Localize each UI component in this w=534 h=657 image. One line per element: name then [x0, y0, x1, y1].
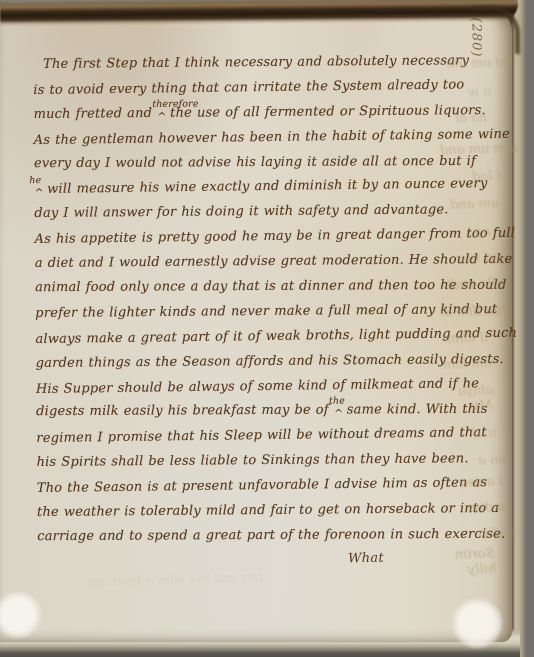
manuscript-line: the weather is tolerably mild and fair t… — [37, 497, 515, 526]
bleedthrough-fragment: hilly — [468, 562, 497, 578]
bleedthrough-fragment: ap. — [470, 225, 491, 241]
bleedthrough-fragment: Sorim — [455, 546, 495, 562]
bleedthrough-fragment: i amso — [460, 474, 503, 490]
bleedthrough-fragment: a dim — [468, 499, 505, 515]
caret-mark: ^ — [334, 409, 343, 419]
manuscript-line: carriage and to spend a great part of th… — [37, 523, 515, 550]
bleedthrough-fragment: am lom — [443, 356, 492, 373]
manuscript-line: a diet and I would earnestly advise grea… — [35, 248, 513, 277]
caret-mark: ^ — [158, 111, 167, 121]
bleedthrough-fragment: alla mult — [446, 276, 505, 293]
bleedthrough-fragment: na al — [455, 110, 488, 126]
bleedthrough-fragment: n w — [468, 85, 492, 101]
bleedthrough-fragment: uim um and — [440, 141, 519, 159]
bleedthrough-fragment: ad ma — [460, 250, 501, 266]
bleedthrough-fragment: u. d — [472, 426, 497, 442]
bleedthrough-fragment: u dim — [478, 525, 516, 541]
manuscript-page: (280) The first Step that I think necess… — [0, 6, 512, 642]
paper-spot-left — [0, 592, 42, 638]
bleedthrough-fragment: um and ma wim a land um — [88, 570, 263, 591]
bleedthrough-fragment: dun dim al — [440, 303, 511, 320]
manuscript-line: animal food only once a day that is at d… — [35, 274, 513, 301]
bleedthrough-fragment: il alim — [447, 330, 488, 346]
binding-edge-top — [0, 0, 518, 26]
bleedthrough-fragment: i lad — [472, 169, 501, 185]
bleedthrough-fragment: im a — [478, 453, 507, 469]
paper-spot-right — [452, 598, 502, 648]
interlinear-insertion: therefore — [152, 100, 198, 110]
bleedthrough-fragment: um and — [450, 196, 500, 213]
manuscript-text: The first Step that I think necessary an… — [33, 49, 515, 551]
caret-mark: ^ — [35, 188, 44, 199]
interlinear-insertion: he — [29, 177, 41, 187]
catchword: What — [348, 551, 384, 567]
bleedthrough-fragment: My — [472, 398, 493, 414]
bleedthrough-fragment: mi om um — [446, 55, 512, 72]
interlinear-insertion: the — [329, 397, 345, 406]
photograph-background: (280) The first Step that I think necess… — [0, 0, 534, 657]
